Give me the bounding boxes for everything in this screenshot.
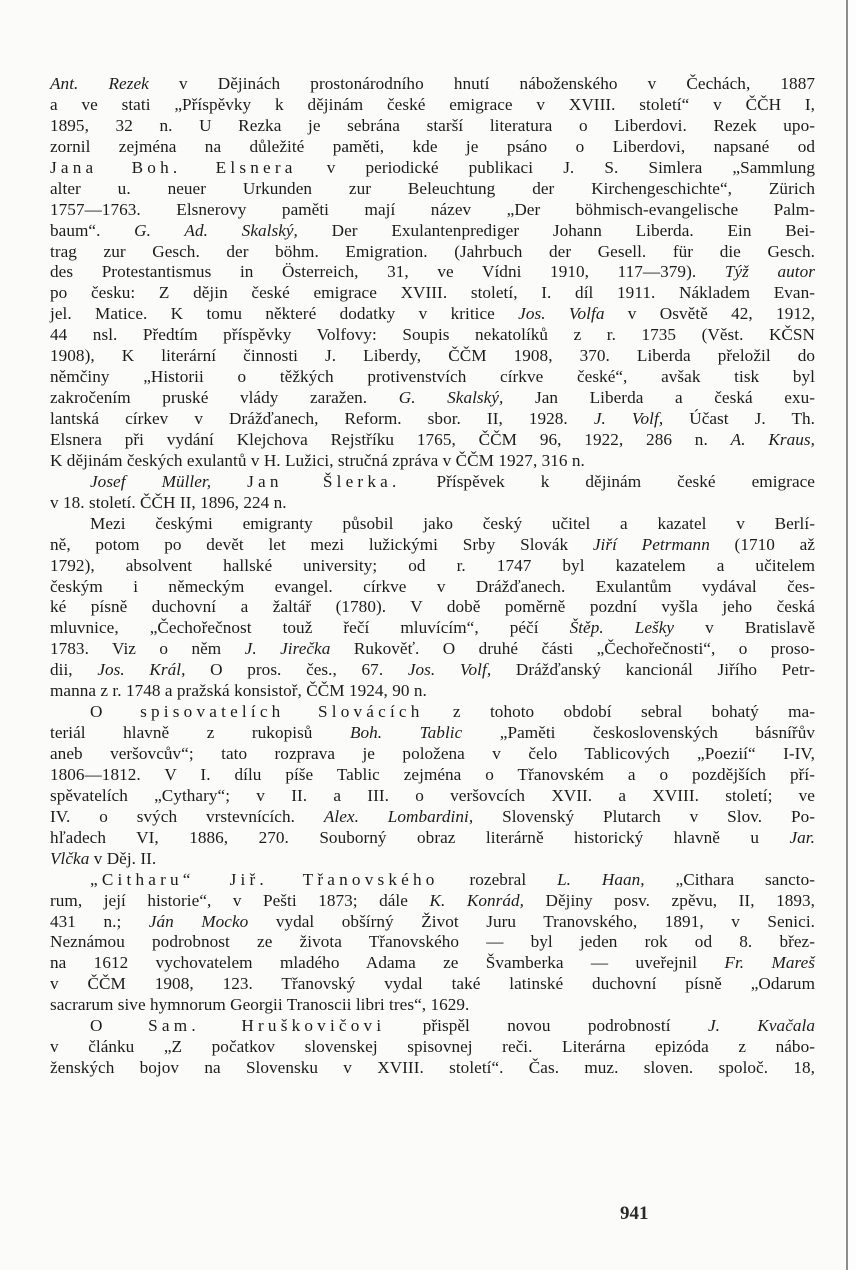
text-line: Elsnera při vydání Klejchova Rejstříku 1… bbox=[50, 430, 815, 451]
text-line: mluvnice, „Čechořečnost touž řečí mluvíc… bbox=[50, 618, 815, 639]
text-run: O pros. čes., 67. bbox=[185, 660, 407, 679]
text-line: spěvatelích „Cythary“; v II. a III. o ve… bbox=[50, 786, 815, 807]
text-run: dii, bbox=[50, 660, 97, 679]
italic-citation: Jos. Volfa bbox=[518, 304, 604, 323]
italic-citation: J. Volf, bbox=[594, 409, 663, 428]
italic-citation: Jar. bbox=[789, 828, 815, 847]
text-line: sacrarum sive hymnorum Georgii Tranoscii… bbox=[50, 995, 815, 1016]
text-run: manna z r. 1748 a pražská konsistoř, ČČM… bbox=[50, 681, 427, 700]
text-line: a ve stati „Příspěvky k dějinám české em… bbox=[50, 95, 815, 116]
text-run: aneb veršovcův“; tato rozprava je polože… bbox=[50, 744, 815, 763]
text-run: teriál hlavně z rukopisů bbox=[50, 723, 350, 742]
text-line: manna z r. 1748 a pražská konsistoř, ČČM… bbox=[50, 681, 815, 702]
text-run: hľadech VI, 1886, 270. Souborný obraz li… bbox=[50, 828, 789, 847]
text-line: ně, potom po devět let mezi lužickými Sr… bbox=[50, 535, 815, 556]
text-line: IV. o svých vrstevnících. Alex. Lombardi… bbox=[50, 807, 815, 828]
text-line: trag zur Gesch. der böhm. Emigration. (J… bbox=[50, 242, 815, 263]
italic-citation: A. Kraus, bbox=[731, 430, 815, 449]
text-run: vydal obšírný Život Juru Tranovského, 18… bbox=[248, 912, 815, 931]
text-line: K dějinám českých exulantů v H. Lužici, … bbox=[50, 451, 815, 472]
text-line: po česku: Z dějin české emigrace XVIII. … bbox=[50, 283, 815, 304]
text-run: ně, potom po devět let mezi lužickými Sr… bbox=[50, 535, 593, 554]
text-line: na 1612 vychovatelem mladého Adama ze Šv… bbox=[50, 953, 815, 974]
text-run: zornil zejména na důležité paměti, kde j… bbox=[50, 137, 815, 156]
text-line: 1806—1812. V I. dílu píše Tablic zejména… bbox=[50, 765, 815, 786]
text-line: Ant. Rezek v Dějinách prostonárodního hn… bbox=[50, 74, 815, 95]
text-run: z tohoto období sebral bohatý ma- bbox=[424, 702, 815, 721]
text-run: 1908), K literární činnosti J. Liberdy, … bbox=[50, 346, 815, 365]
text-run: Drážďanský kancionál Jiřího Petr- bbox=[491, 660, 815, 679]
paragraph: O spisovatelích Slovácích z tohoto obdob… bbox=[50, 702, 815, 870]
text-run: 1757—1763. Elsnerovy paměti mají název „… bbox=[50, 200, 815, 219]
text-line: Josef Müller, Jan Šlerka. Příspěvek k dě… bbox=[50, 472, 815, 493]
text-run: baum“. bbox=[50, 221, 134, 240]
text-run: ženských bojov na Slovensku v XVIII. sto… bbox=[50, 1058, 815, 1077]
text-line: teriál hlavně z rukopisů Boh. Tablic „Pa… bbox=[50, 723, 815, 744]
text-run: Elsnera při vydání Klejchova Rejstříku 1… bbox=[50, 430, 731, 449]
text-line: 1792), absolvent hallské university; od … bbox=[50, 556, 815, 577]
text-line: zakročením pruské vlády zaražen. G. Skal… bbox=[50, 388, 815, 409]
italic-citation: Josef Müller, bbox=[90, 472, 211, 491]
text-line: O spisovatelích Slovácích z tohoto obdob… bbox=[50, 702, 815, 723]
text-run: 1895, 32 n. U Rezka je sebrána starší li… bbox=[50, 116, 815, 135]
body-text: Ant. Rezek v Dějinách prostonárodního hn… bbox=[50, 74, 815, 1079]
italic-citation: Alex. Lombardini, bbox=[324, 807, 473, 826]
text-line: aneb veršovcův“; tato rozprava je polože… bbox=[50, 744, 815, 765]
text-run: po česku: Z dějin české emigrace XVIII. … bbox=[50, 283, 815, 302]
paragraph: „Citharu“ Jiř. Třanovského rozebral L. H… bbox=[50, 870, 815, 1017]
text-run: 1792), absolvent hallské university; od … bbox=[50, 556, 815, 575]
text-run: sacrarum sive hymnorum Georgii Tranoscii… bbox=[50, 995, 469, 1014]
text-run: rozebral bbox=[439, 870, 557, 889]
text-run: des Protestantismus in Österreich, 31, v… bbox=[50, 262, 725, 281]
text-run: (1710 až bbox=[710, 535, 815, 554]
text-run: Der Exulantenprediger Johann Liberda. Ei… bbox=[298, 221, 815, 240]
text-run: českým i německým evangel. církve v Dráž… bbox=[50, 577, 815, 596]
italic-citation: Jos. Volf, bbox=[408, 660, 491, 679]
text-line: v článku „Z počatkov slovenskej spisovne… bbox=[50, 1037, 815, 1058]
text-run: Mezi českými emigranty působil jako česk… bbox=[90, 514, 815, 533]
spaced-name: „Citharu“ Jiř. Třanovského bbox=[90, 870, 439, 889]
text-run: v 18. století. ČČH II, 1896, 224 n. bbox=[50, 493, 287, 512]
text-line: Vlčka v Děj. II. bbox=[50, 849, 815, 870]
italic-citation: Ján Mocko bbox=[149, 912, 249, 931]
text-run: K dějinám českých exulantů v H. Lužici, … bbox=[50, 451, 585, 470]
text-run: v ČČM 1908, 123. Třanovský vydal také la… bbox=[50, 974, 815, 993]
italic-citation: G. Ad. Skalský, bbox=[134, 221, 298, 240]
text-run: 1806—1812. V I. dílu píše Tablic zejména… bbox=[50, 765, 815, 784]
spaced-name: Jana Boh. Elsnera bbox=[50, 158, 297, 177]
text-run: němčiny „Historii o těžkých protivenství… bbox=[50, 367, 815, 386]
text-line: zornil zejména na důležité paměti, kde j… bbox=[50, 137, 815, 158]
text-line: dii, Jos. Král, O pros. čes., 67. Jos. V… bbox=[50, 660, 815, 681]
text-run: Jan Liberda a česká exu- bbox=[503, 388, 815, 407]
text-run: „Paměti československých básnířův bbox=[462, 723, 815, 742]
italic-citation: Štěp. Lešky bbox=[570, 618, 675, 637]
text-run: Příspěvek k dějinám české emigrace bbox=[400, 472, 815, 491]
text-line: des Protestantismus in Österreich, 31, v… bbox=[50, 262, 815, 283]
text-line: 1783. Viz o něm J. Jirečka Rukověť. O dr… bbox=[50, 639, 815, 660]
text-line: alter u. neuer Urkunden zur Beleuchtung … bbox=[50, 179, 815, 200]
text-run: 1783. Viz o něm bbox=[50, 639, 245, 658]
text-line: hľadech VI, 1886, 270. Souborný obraz li… bbox=[50, 828, 815, 849]
text-line: 431 n.; Ján Mocko vydal obšírný Život Ju… bbox=[50, 912, 815, 933]
text-run: v článku „Z počatkov slovenskej spisovne… bbox=[50, 1037, 815, 1056]
italic-citation: J. Kvačala bbox=[708, 1016, 815, 1035]
italic-citation: L. Haan, bbox=[557, 870, 645, 889]
text-run: zakročením pruské vlády zaražen. bbox=[50, 388, 399, 407]
text-run: alter u. neuer Urkunden zur Beleuchtung … bbox=[50, 179, 815, 198]
text-line: Neznámou podrobnost ze života Třanovskéh… bbox=[50, 932, 815, 953]
text-run: v Osvětě 42, 1912, bbox=[604, 304, 815, 323]
text-line: 44 nsl. Předtím příspěvky Volfovy: Soupi… bbox=[50, 325, 815, 346]
text-line: v 18. století. ČČH II, 1896, 224 n. bbox=[50, 493, 815, 514]
text-line: 1757—1763. Elsnerovy paměti mají název „… bbox=[50, 200, 815, 221]
italic-citation: Jos. Král, bbox=[97, 660, 185, 679]
text-run: „Cithara sancto- bbox=[645, 870, 815, 889]
text-run: přispěl novou podrobností bbox=[385, 1016, 708, 1035]
text-line: ké písně duchovní a žaltář (1780). V dob… bbox=[50, 597, 815, 618]
italic-citation: J. Jirečka bbox=[245, 639, 331, 658]
spaced-name: O Sam. Hruškovičovi bbox=[90, 1016, 385, 1035]
italic-citation: G. Skalský, bbox=[399, 388, 504, 407]
paragraph: Josef Müller, Jan Šlerka. Příspěvek k dě… bbox=[50, 472, 815, 514]
italic-citation: Týž autor bbox=[725, 262, 815, 281]
text-line: baum“. G. Ad. Skalský, Der Exulantenpred… bbox=[50, 221, 815, 242]
text-run: trag zur Gesch. der böhm. Emigration. (J… bbox=[50, 242, 815, 261]
italic-citation: Fr. Mareš bbox=[724, 953, 815, 972]
text-line: ženských bojov na Slovensku v XVIII. sto… bbox=[50, 1058, 815, 1079]
text-run: ké písně duchovní a žaltář (1780). V dob… bbox=[50, 597, 815, 616]
text-line: českým i německým evangel. církve v Dráž… bbox=[50, 577, 815, 598]
text-run: v Děj. II. bbox=[89, 849, 156, 868]
page-number: 941 bbox=[620, 1203, 649, 1225]
text-line: Jana Boh. Elsnera v periodické publikaci… bbox=[50, 158, 815, 179]
text-run: rum, její historie“, v Pešti 1873; dále bbox=[50, 891, 429, 910]
text-line: 1895, 32 n. U Rezka je sebrána starší li… bbox=[50, 116, 815, 137]
text-run: a ve stati „Příspěvky k dějinám české em… bbox=[50, 95, 815, 114]
text-line: 1908), K literární činnosti J. Liberdy, … bbox=[50, 346, 815, 367]
text-run: spěvatelích „Cythary“; v II. a III. o ve… bbox=[50, 786, 815, 805]
text-line: v ČČM 1908, 123. Třanovský vydal také la… bbox=[50, 974, 815, 995]
text-line: němčiny „Historii o těžkých protivenství… bbox=[50, 367, 815, 388]
text-run: Slovenský Plutarch v Slov. Po- bbox=[473, 807, 815, 826]
text-run: v periodické publikaci J. S. Simlera „Sa… bbox=[297, 158, 815, 177]
spaced-name: O spisovatelích Slovácích bbox=[90, 702, 424, 721]
text-run: v Bratislavě bbox=[674, 618, 815, 637]
text-line: O Sam. Hruškovičovi přispěl novou podrob… bbox=[50, 1016, 815, 1037]
page-edge-line bbox=[846, 0, 848, 1270]
text-run: 44 nsl. Předtím příspěvky Volfovy: Soupi… bbox=[50, 325, 815, 344]
italic-citation: Jiří Petrmann bbox=[593, 535, 710, 554]
text-line: lantská církev v Drážďanech, Reform. sbo… bbox=[50, 409, 815, 430]
text-line: jel. Matice. K tomu některé dodatky v kr… bbox=[50, 304, 815, 325]
italic-citation: Boh. Tablic bbox=[350, 723, 462, 742]
italic-citation: Vlčka bbox=[50, 849, 89, 868]
text-run: jel. Matice. K tomu některé dodatky v kr… bbox=[50, 304, 518, 323]
spaced-name: Jan Šlerka. bbox=[247, 472, 400, 491]
text-run bbox=[211, 472, 247, 491]
text-line: Mezi českými emigranty působil jako česk… bbox=[50, 514, 815, 535]
paragraph: Ant. Rezek v Dějinách prostonárodního hn… bbox=[50, 74, 815, 472]
text-run: Rukověť. O druhé části „Čechořečnosti“, … bbox=[330, 639, 815, 658]
paragraph: Mezi českými emigranty působil jako česk… bbox=[50, 514, 815, 702]
text-line: „Citharu“ Jiř. Třanovského rozebral L. H… bbox=[50, 870, 815, 891]
text-run: na 1612 vychovatelem mladého Adama ze Šv… bbox=[50, 953, 724, 972]
text-run: 431 n.; bbox=[50, 912, 149, 931]
text-run: lantská církev v Drážďanech, Reform. sbo… bbox=[50, 409, 594, 428]
text-run: Dějiny posv. zpěvu, II, 1893, bbox=[524, 891, 815, 910]
text-run: v Dějinách prostonárodního hnutí nábožen… bbox=[149, 74, 815, 93]
text-run: mluvnice, „Čechořečnost touž řečí mluvíc… bbox=[50, 618, 570, 637]
text-run: Neznámou podrobnost ze života Třanovskéh… bbox=[50, 932, 815, 951]
italic-citation: Ant. Rezek bbox=[50, 74, 149, 93]
italic-citation: K. Konrád, bbox=[429, 891, 524, 910]
paragraph: O Sam. Hruškovičovi přispěl novou podrob… bbox=[50, 1016, 815, 1079]
text-line: rum, její historie“, v Pešti 1873; dále … bbox=[50, 891, 815, 912]
page-margin bbox=[848, 0, 856, 1270]
text-run: IV. o svých vrstevnících. bbox=[50, 807, 324, 826]
text-run: Účast J. Th. bbox=[663, 409, 815, 428]
